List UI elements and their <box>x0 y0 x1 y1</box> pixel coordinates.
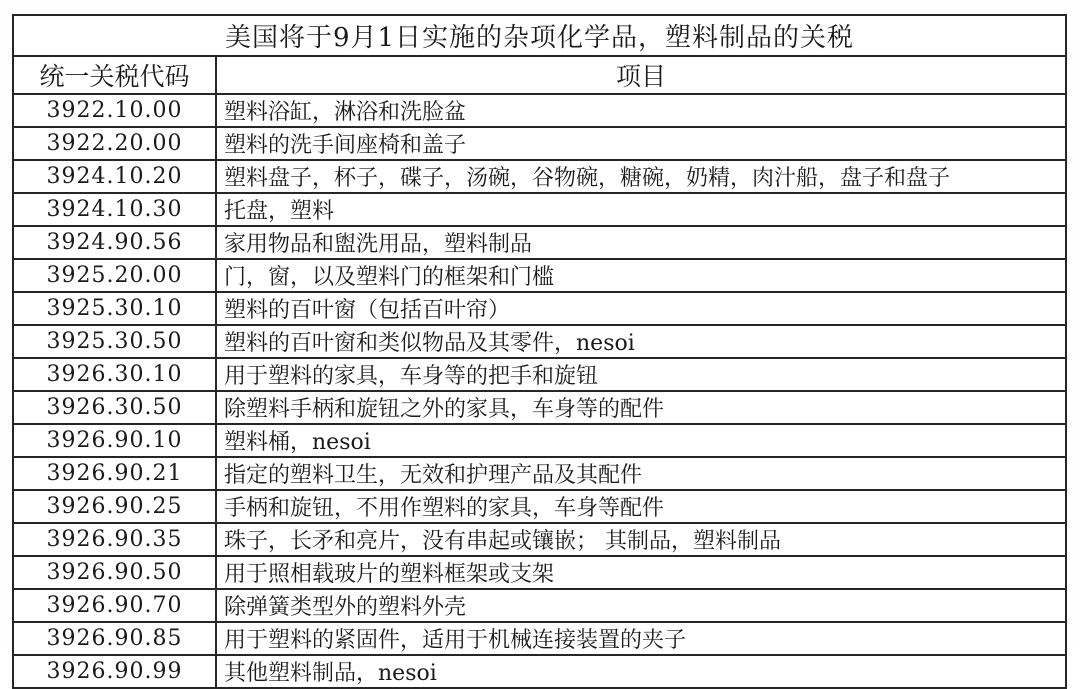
table-row: 3926.90.10 塑料桶，nesoi <box>13 424 1066 457</box>
item-description-cell: 塑料的百叶窗和类似物品及其零件，nesoi <box>216 325 1066 358</box>
table-row: 3925.30.50 塑料的百叶窗和类似物品及其零件，nesoi <box>13 325 1066 358</box>
item-description-cell: 塑料的百叶窗（包括百叶帘） <box>216 292 1066 325</box>
table-row: 3926.90.21 指定的塑料卫生，无效和护理产品及其配件 <box>13 457 1066 490</box>
title-row: 美国将于9月1日实施的杂项化学品，塑料制品的关税 <box>13 15 1066 56</box>
tariff-code-cell: 3926.30.10 <box>13 358 216 391</box>
tariff-code-cell: 3924.90.56 <box>13 226 216 259</box>
tariff-code-cell: 3926.90.70 <box>13 589 216 622</box>
item-description-cell: 用于照相载玻片的塑料框架或支架 <box>216 556 1066 589</box>
item-description-cell: 托盘，塑料 <box>216 193 1066 226</box>
tariff-code-cell: 3922.20.00 <box>13 127 216 160</box>
tariff-code-cell: 3925.20.00 <box>13 259 216 292</box>
column-header-tariff-code: 统一关税代码 <box>13 56 216 94</box>
table-head: 美国将于9月1日实施的杂项化学品，塑料制品的关税 统一关税代码 项目 <box>13 15 1066 94</box>
item-description-cell: 塑料桶，nesoi <box>216 424 1066 457</box>
table-row: 3925.30.10 塑料的百叶窗（包括百叶帘） <box>13 292 1066 325</box>
tariff-code-cell: 3926.30.50 <box>13 391 216 424</box>
tariff-code-cell: 3926.90.35 <box>13 523 216 556</box>
item-description-cell: 门，窗，以及塑料门的框架和门槛 <box>216 259 1066 292</box>
tariff-code-cell: 3924.10.30 <box>13 193 216 226</box>
tariff-code-cell: 3922.10.00 <box>13 94 216 127</box>
item-description-cell: 用于塑料的紧固件，适用于机械连接装置的夹子 <box>216 622 1066 648</box>
item-description-cell: 家用物品和盥洗用品，塑料制品 <box>216 226 1066 259</box>
tariff-code-cell: 3926.90.21 <box>13 457 216 490</box>
item-description-cell: 塑料的洗手间座椅和盖子 <box>216 127 1066 160</box>
tariff-code-cell: 3926.90.10 <box>13 424 216 457</box>
table-row: 3925.20.00 门，窗，以及塑料门的框架和门槛 <box>13 259 1066 292</box>
table-row: 3926.30.10 用于塑料的家具，车身等的把手和旋钮 <box>13 358 1066 391</box>
tariff-code-cell: 3926.90.25 <box>13 490 216 523</box>
table-row: 3926.90.35 珠子，长矛和亮片，没有串起或镶嵌； 其制品，塑料制品 <box>13 523 1066 556</box>
page: 美国将于9月1日实施的杂项化学品，塑料制品的关税 统一关税代码 项目 3922.… <box>0 0 1080 648</box>
tariff-code-cell: 3925.30.10 <box>13 292 216 325</box>
table-row: 3926.30.50 除塑料手柄和旋钮之外的家具，车身等的配件 <box>13 391 1066 424</box>
item-description-cell: 塑料盘子，杯子，碟子，汤碗，谷物碗，糖碗，奶精，肉汁船，盘子和盘子 <box>216 160 1066 193</box>
table-row: 3924.10.20 塑料盘子，杯子，碟子，汤碗，谷物碗，糖碗，奶精，肉汁船，盘… <box>13 160 1066 193</box>
table-title: 美国将于9月1日实施的杂项化学品，塑料制品的关税 <box>13 15 1066 56</box>
table-row: 3924.10.30 托盘，塑料 <box>13 193 1066 226</box>
table-row: 3926.90.85 用于塑料的紧固件，适用于机械连接装置的夹子 <box>13 622 1066 648</box>
header-row: 统一关税代码 项目 <box>13 56 1066 94</box>
item-description-cell: 珠子，长矛和亮片，没有串起或镶嵌； 其制品，塑料制品 <box>216 523 1066 556</box>
item-description-cell: 除弹簧类型外的塑料外壳 <box>216 589 1066 622</box>
table-row: 3922.10.00 塑料浴缸，淋浴和洗脸盆 <box>13 94 1066 127</box>
table-row: 3926.90.25 手柄和旋钮，不用作塑料的家具，车身等配件 <box>13 490 1066 523</box>
table-row: 3926.90.50 用于照相载玻片的塑料框架或支架 <box>13 556 1066 589</box>
tariff-code-cell: 3926.90.50 <box>13 556 216 589</box>
column-header-item: 项目 <box>216 56 1066 94</box>
item-description-cell: 除塑料手柄和旋钮之外的家具，车身等的配件 <box>216 391 1066 424</box>
table-body: 3922.10.00 塑料浴缸，淋浴和洗脸盆 3922.20.00 塑料的洗手间… <box>13 94 1066 648</box>
tariff-code-cell: 3925.30.50 <box>13 325 216 358</box>
item-description-cell: 指定的塑料卫生，无效和护理产品及其配件 <box>216 457 1066 490</box>
tariff-code-cell: 3924.10.20 <box>13 160 216 193</box>
table-row: 3926.90.70 除弹簧类型外的塑料外壳 <box>13 589 1066 622</box>
item-description-cell: 用于塑料的家具，车身等的把手和旋钮 <box>216 358 1066 391</box>
item-description-cell: 塑料浴缸，淋浴和洗脸盆 <box>216 94 1066 127</box>
tariff-table: 美国将于9月1日实施的杂项化学品，塑料制品的关税 统一关税代码 项目 3922.… <box>12 14 1067 648</box>
item-description-cell: 手柄和旋钮，不用作塑料的家具，车身等配件 <box>216 490 1066 523</box>
tariff-code-cell: 3926.90.85 <box>13 622 216 648</box>
table-row: 3922.20.00 塑料的洗手间座椅和盖子 <box>13 127 1066 160</box>
table-row: 3924.90.56 家用物品和盥洗用品，塑料制品 <box>13 226 1066 259</box>
